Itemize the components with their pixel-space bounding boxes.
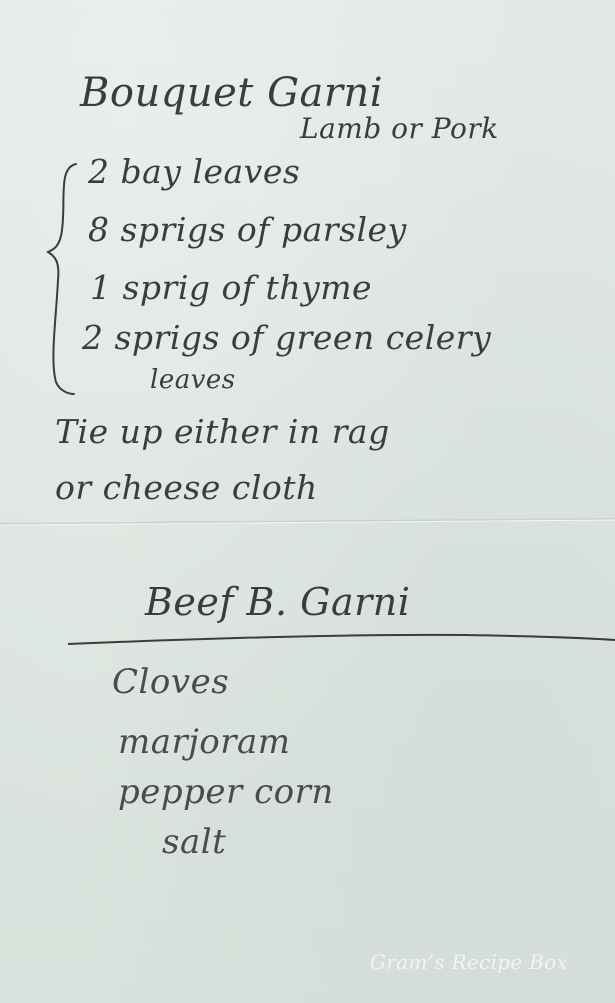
paper-fold-crease (0, 518, 615, 526)
ingredient-line: 2 bay leaves (88, 152, 300, 191)
instruction-line: or cheese cloth (55, 468, 318, 507)
ingredient-line: 2 sprigs of green celery (82, 318, 491, 357)
ingredient-line: 8 sprigs of parsley (88, 210, 407, 249)
ingredient-line: salt (162, 822, 226, 862)
ingredient-line: Cloves (112, 662, 229, 702)
section2-title: Beef B. Garni (145, 580, 410, 624)
recipe-page: Bouquet Garni Lamb or Pork 2 bay leaves … (0, 0, 615, 1003)
title-underline (66, 628, 615, 648)
ingredient-line: marjoram (118, 722, 291, 762)
watermark: Gram’s Recipe Box (370, 950, 568, 974)
ingredient-line: 1 sprig of thyme (90, 268, 372, 307)
ingredient-line-continued: leaves (150, 365, 236, 395)
instruction-line: Tie up either in rag (55, 412, 390, 451)
section1-title: Bouquet Garni (80, 70, 383, 116)
ingredient-line: pepper corn (118, 772, 334, 812)
brace-bracket-icon (44, 160, 84, 400)
section1-subtitle: Lamb or Pork (300, 112, 499, 145)
